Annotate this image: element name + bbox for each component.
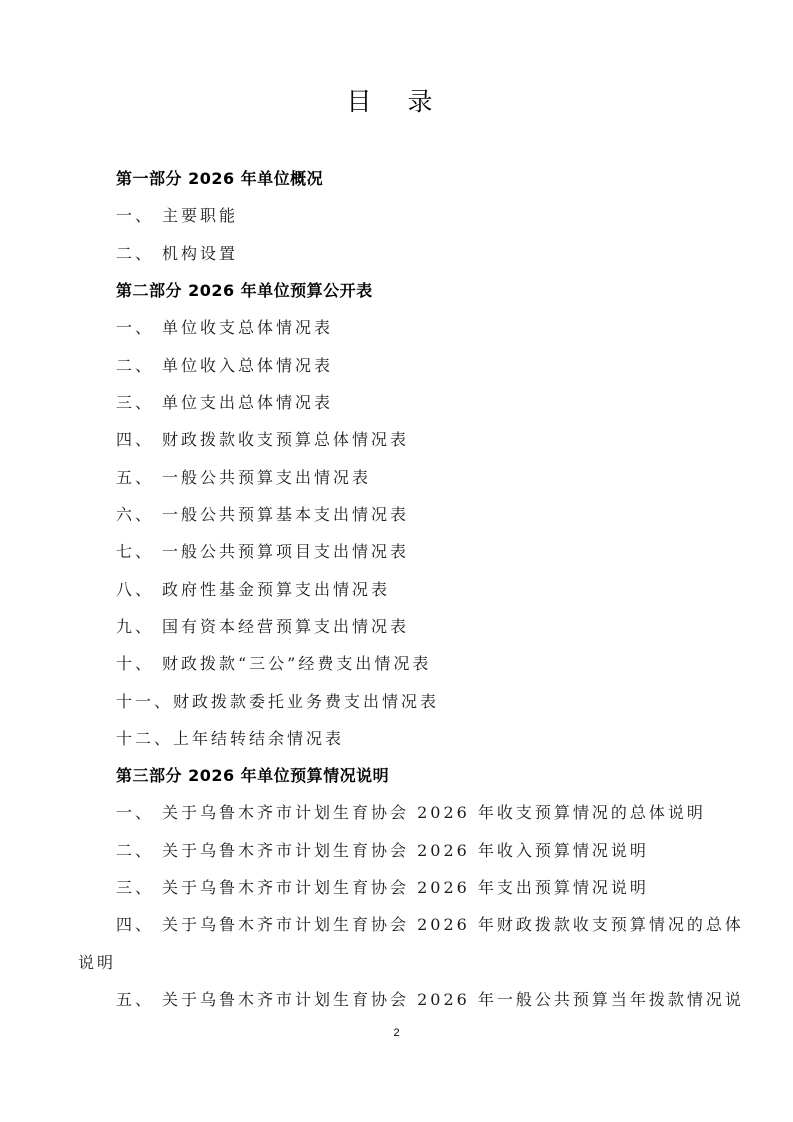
toc-item[interactable]: 二、机构设置 bbox=[116, 244, 238, 264]
item-text: 一般公共预算基本支出情况表 bbox=[162, 505, 409, 524]
item-text: 关于乌鲁木齐市计划生育协会 2026 年收支预算情况的总体说明 bbox=[162, 803, 706, 822]
toc-item[interactable]: 二、关于乌鲁木齐市计划生育协会 2026 年收入预算情况说明 bbox=[116, 841, 649, 861]
item-text: 单位收入总体情况表 bbox=[162, 356, 333, 375]
toc-item[interactable]: 十、财政拨款“三公”经费支出情况表 bbox=[116, 654, 431, 674]
item-text: 单位支出总体情况表 bbox=[162, 393, 333, 412]
item-number: 三、 bbox=[116, 878, 162, 898]
item-text: 关于乌鲁木齐市计划生育协会 2026 年财政拨款收支预算情况的总体 bbox=[162, 915, 744, 934]
item-number: 七、 bbox=[116, 542, 162, 562]
toc-item[interactable]: 三、单位支出总体情况表 bbox=[116, 393, 333, 413]
item-number: 五、 bbox=[116, 468, 162, 488]
item-number: 十二、 bbox=[116, 729, 173, 749]
item-text: 关于乌鲁木齐市计划生育协会 2026 年收入预算情况说明 bbox=[162, 841, 649, 860]
toc-item[interactable]: 十二、上年结转结余情况表 bbox=[116, 729, 344, 749]
item-number: 二、 bbox=[116, 244, 162, 264]
item-number: 十、 bbox=[116, 654, 162, 674]
toc-item[interactable]: 九、国有资本经营预算支出情况表 bbox=[116, 617, 409, 637]
item-number: 四、 bbox=[116, 430, 162, 450]
toc-item[interactable]: 六、一般公共预算基本支出情况表 bbox=[116, 505, 409, 525]
page-number: 2 bbox=[0, 1027, 793, 1039]
toc-item[interactable]: 八、政府性基金预算支出情况表 bbox=[116, 580, 390, 600]
item-text: 一般公共预算支出情况表 bbox=[162, 468, 371, 487]
item-number: 二、 bbox=[116, 356, 162, 376]
item-number: 一、 bbox=[116, 803, 162, 823]
toc-item[interactable]: 一、单位收支总体情况表 bbox=[116, 318, 333, 338]
item-number: 一、 bbox=[116, 318, 162, 338]
toc-item[interactable]: 一、主要职能 bbox=[116, 206, 238, 226]
item-text: 财政拨款“三公”经费支出情况表 bbox=[162, 654, 431, 673]
toc-item[interactable]: 一、关于乌鲁木齐市计划生育协会 2026 年收支预算情况的总体说明 bbox=[116, 803, 706, 823]
toc-item[interactable]: 十一、财政拨款委托业务费支出情况表 bbox=[116, 692, 439, 712]
item-number: 五、 bbox=[116, 990, 162, 1010]
toc-item[interactable]: 四、财政拨款收支预算总体情况表 bbox=[116, 430, 409, 450]
section-heading-part2: 第二部分 2026 年单位预算公开表 bbox=[116, 281, 373, 301]
item-text: 关于乌鲁木齐市计划生育协会 2026 年一般公共预算当年拨款情况说 bbox=[162, 990, 744, 1009]
item-text: 国有资本经营预算支出情况表 bbox=[162, 617, 409, 636]
section-heading-part1: 第一部分 2026 年单位概况 bbox=[116, 169, 323, 189]
page-title: 目 录 bbox=[0, 82, 793, 118]
item-number: 六、 bbox=[116, 505, 162, 525]
item-text: 一般公共预算项目支出情况表 bbox=[162, 542, 409, 561]
toc-item[interactable]: 三、关于乌鲁木齐市计划生育协会 2026 年支出预算情况说明 bbox=[116, 878, 649, 898]
section-heading-part3: 第三部分 2026 年单位预算情况说明 bbox=[116, 766, 389, 786]
item-number: 四、 bbox=[116, 915, 162, 935]
item-number: 二、 bbox=[116, 841, 162, 861]
item-text: 机构设置 bbox=[162, 244, 238, 263]
item-text: 财政拨款收支预算总体情况表 bbox=[162, 430, 409, 449]
toc-item[interactable]: 五、关于乌鲁木齐市计划生育协会 2026 年一般公共预算当年拨款情况说 bbox=[116, 990, 744, 1010]
toc-item[interactable]: 二、单位收入总体情况表 bbox=[116, 356, 333, 376]
item-number: 三、 bbox=[116, 393, 162, 413]
item-number: 九、 bbox=[116, 617, 162, 637]
item-text: 主要职能 bbox=[162, 206, 238, 225]
item-text: 财政拨款委托业务费支出情况表 bbox=[173, 692, 439, 711]
toc-item[interactable]: 五、一般公共预算支出情况表 bbox=[116, 468, 371, 488]
toc-item-continuation: 说明 bbox=[78, 953, 116, 973]
item-text: 政府性基金预算支出情况表 bbox=[162, 580, 390, 599]
item-number: 十一、 bbox=[116, 692, 173, 712]
toc-item[interactable]: 七、一般公共预算项目支出情况表 bbox=[116, 542, 409, 562]
toc-item[interactable]: 四、关于乌鲁木齐市计划生育协会 2026 年财政拨款收支预算情况的总体 bbox=[116, 915, 744, 935]
item-text: 关于乌鲁木齐市计划生育协会 2026 年支出预算情况说明 bbox=[162, 878, 649, 897]
item-number: 八、 bbox=[116, 580, 162, 600]
item-number: 一、 bbox=[116, 206, 162, 226]
item-text: 单位收支总体情况表 bbox=[162, 318, 333, 337]
item-text: 上年结转结余情况表 bbox=[173, 729, 344, 748]
